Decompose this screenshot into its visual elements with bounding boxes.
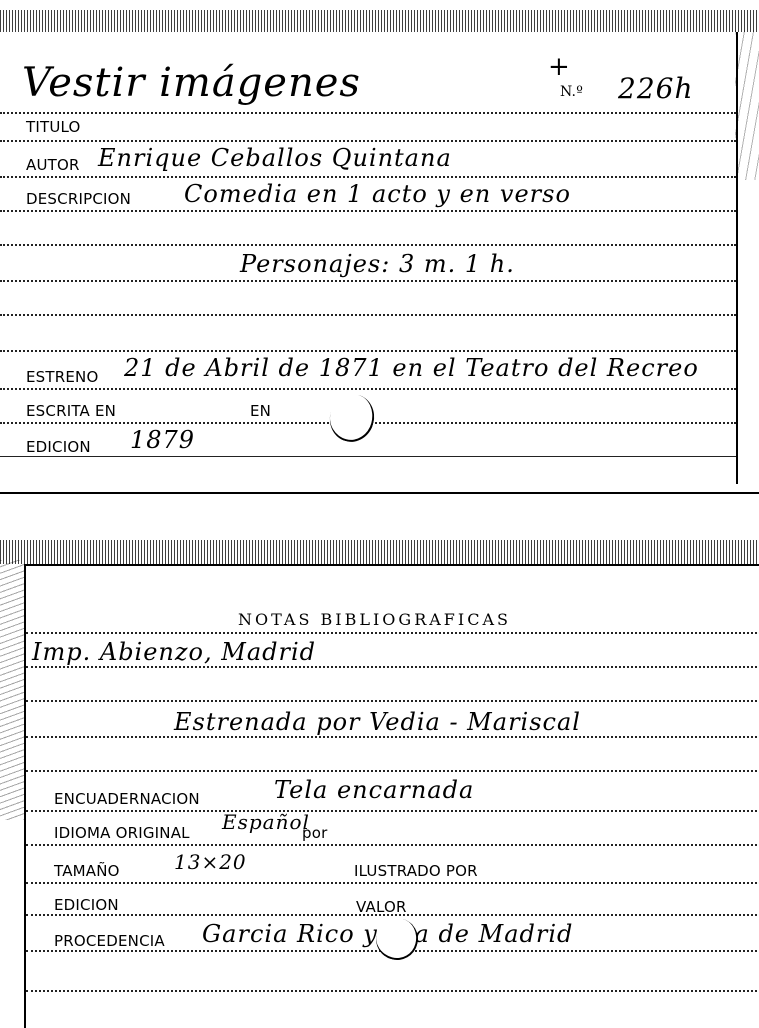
autor-label: AUTOR [26, 156, 80, 174]
catalog-card-back: NOTAS BIBLIOGRAFICAS Imp. Abienzo, Madri… [24, 564, 759, 1028]
autor-value: Enrique Ceballos Quintana [98, 144, 452, 172]
title-value: Vestir imágenes [22, 60, 361, 106]
card-edge [0, 492, 759, 494]
section-title: NOTAS BIBLIOGRAFICAS [238, 610, 511, 629]
estreno-value: 21 de Abril de 1871 en el Teatro del Rec… [124, 354, 699, 382]
rule [26, 882, 759, 884]
rule [0, 350, 736, 352]
rule [0, 314, 736, 316]
personajes-value: Personajes: 3 m. 1 h. [240, 250, 515, 278]
descripcion-value: Comedia en 1 acto y en verso [184, 180, 571, 208]
scan-noise-middle [0, 540, 759, 564]
note-2: Estrenada por Vedia - Mariscal [174, 708, 581, 736]
edicion-label-back: EDICION [54, 896, 119, 914]
scan-noise-top [0, 10, 759, 32]
rule [0, 280, 736, 282]
rule [26, 736, 759, 738]
idioma-label: IDIOMA ORIGINAL [54, 824, 190, 842]
descripcion-label: DESCRIPCION [26, 190, 131, 208]
rule [0, 244, 736, 246]
estreno-label: ESTRENO [26, 368, 99, 386]
idioma-value: Español [222, 810, 310, 834]
scan-noise-left [0, 560, 24, 820]
ink-blot [325, 389, 380, 447]
note-1: Imp. Abienzo, Madrid [32, 638, 316, 666]
tamano-label: TAMAÑO [54, 862, 120, 880]
rule [0, 140, 736, 142]
encuadernacion-label: ENCUADERNACION [54, 790, 200, 808]
rule [26, 914, 759, 916]
rule [26, 666, 759, 668]
ilustrado-label: ILUSTRADO POR [354, 862, 478, 880]
rule [0, 176, 736, 178]
rule [0, 388, 736, 390]
tamano-value: 13×20 [174, 850, 247, 874]
edicion-label: EDICION [26, 438, 91, 456]
rule [26, 990, 759, 992]
por-label: por [302, 824, 327, 842]
rule [26, 632, 759, 634]
rule [26, 844, 759, 846]
rule [0, 456, 736, 457]
catalog-card-front: Vestir imágenes + N.º 226h TITULO AUTOR … [0, 32, 738, 484]
rule [26, 770, 759, 772]
procedencia-label: PROCEDENCIA [54, 932, 165, 950]
encuadernacion-value: Tela encarnada [274, 776, 474, 804]
rule [26, 810, 759, 812]
escrita-en-label: ESCRITA EN [26, 402, 116, 420]
en-label: EN [250, 402, 271, 420]
rule [26, 700, 759, 702]
titulo-label: TITULO [26, 118, 81, 136]
number-label: N.º [560, 84, 583, 100]
cross-mark: + [548, 52, 571, 82]
edicion-value: 1879 [130, 426, 195, 454]
scan-noise-right [735, 30, 759, 180]
rule [0, 112, 736, 114]
rule [0, 210, 736, 212]
number-value: 226h [618, 72, 693, 105]
